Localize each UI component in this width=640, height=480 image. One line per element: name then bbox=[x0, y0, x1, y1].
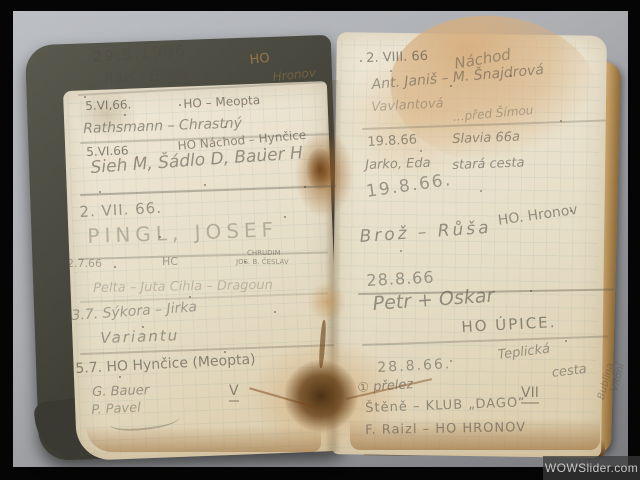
entry-club: HO bbox=[249, 51, 270, 68]
watermark-text[interactable]: WOWSlider.com bbox=[545, 462, 638, 474]
paper-speckles-left bbox=[84, 96, 86, 98]
entry-date: 19.8.66 bbox=[367, 132, 417, 150]
entry-names: Jarko, Eda bbox=[365, 156, 431, 173]
entry-date: 28.8.66 bbox=[366, 267, 435, 290]
entry-names: G. Bauer bbox=[92, 383, 149, 400]
entry-date: 5.VI,66. bbox=[85, 97, 132, 113]
entry-note: stará cesta bbox=[452, 155, 525, 173]
entry-grade: V bbox=[229, 383, 239, 402]
entry-date: 2. VIII. 66 bbox=[366, 49, 428, 66]
slider-viewport: 29.5.1966 HO Razl – Bláha Hronov 5.VI,66… bbox=[0, 0, 640, 480]
entry-names: F. Raizl – HO HRONOV bbox=[365, 420, 526, 438]
entry-club: HC bbox=[162, 255, 178, 268]
paper-speckles-right bbox=[360, 60, 362, 62]
entry-note: Slavia 66a bbox=[452, 130, 520, 147]
book-spine bbox=[325, 80, 341, 452]
entry-note: JOS. B. ČESLAV bbox=[236, 258, 289, 266]
entry-note: Variantu bbox=[100, 326, 180, 347]
entry-names: Pelta – Juta Cihla – Dragoun bbox=[93, 278, 273, 296]
entry-date: 2.7.66 bbox=[67, 257, 102, 270]
entry-grade: VII bbox=[521, 385, 539, 404]
watermark-bar[interactable]: WOWSlider.com bbox=[543, 456, 640, 480]
entry-note: CHRUDIM bbox=[247, 249, 281, 257]
